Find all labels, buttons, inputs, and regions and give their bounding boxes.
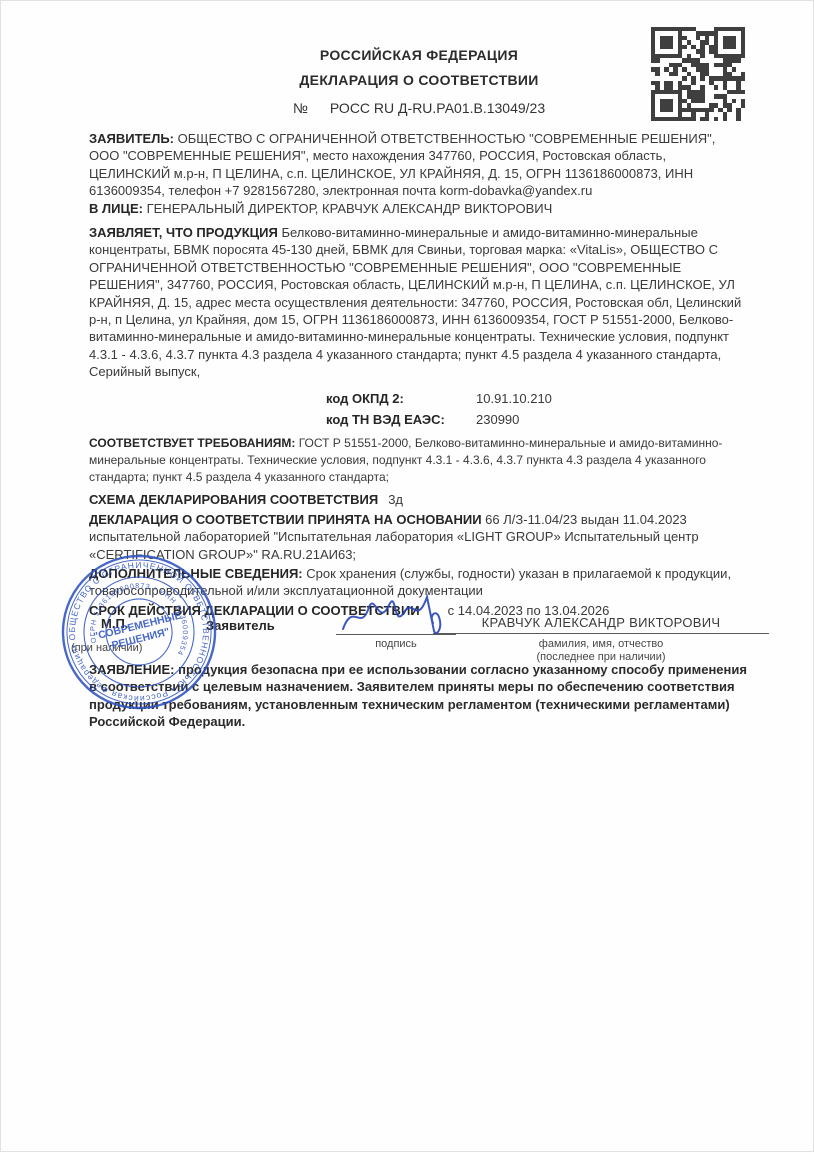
basis-label: ДЕКЛАРАЦИЯ О СООТВЕТСТВИИ ПРИНЯТА НА ОСН…: [89, 512, 482, 527]
doc-title: ДЕКЛАРАЦИЯ О СООТВЕТСТВИИ: [89, 72, 749, 88]
declares-paragraph: ЗАЯВЛЯЕТ, ЧТО ПРОДУКЦИЯ Белково-витаминн…: [89, 224, 749, 381]
tnved-value: 230990: [476, 409, 519, 430]
number-sign: №: [293, 100, 308, 116]
declaration-number-line: № РОСС RU Д-RU.РА01.В.13049/23: [89, 100, 749, 116]
handwritten-signature: [337, 591, 455, 639]
in-person-paragraph: В ЛИЦЕ: ГЕНЕРАЛЬНЫЙ ДИРЕКТОР, КРАВЧУК АЛ…: [89, 200, 749, 217]
applicant-paragraph: ЗАЯВИТЕЛЬ: ОБЩЕСТВО С ОГРАНИЧЕННОЙ ОТВЕТ…: [89, 130, 749, 200]
name-line: [433, 633, 769, 634]
applicant-label: ЗАЯВИТЕЛЬ:: [89, 131, 174, 146]
complies-paragraph: СООТВЕТСТВУЕТ ТРЕБОВАНИЯМ: ГОСТ Р 51551-…: [89, 435, 749, 487]
okpd-row: код ОКПД 2: 10.91.10.210: [89, 388, 749, 409]
applicant-text: ОБЩЕСТВО С ОГРАНИЧЕННОЙ ОТВЕТСТВЕННОСТЬЮ…: [89, 131, 715, 198]
declaration-number: РОСС RU Д-RU.РА01.В.13049/23: [330, 100, 545, 116]
scheme-value: 3д: [388, 492, 403, 507]
codes-block: код ОКПД 2: 10.91.10.210 код ТН ВЭД ЕАЭС…: [89, 388, 749, 430]
tnved-label: код ТН ВЭД ЕАЭС:: [326, 409, 476, 430]
declares-text: Белково-витаминно-минеральные и амидо-ви…: [89, 225, 741, 379]
scheme-label: СХЕМА ДЕКЛАРИРОВАНИЯ СООТВЕТСТВИЯ: [89, 492, 378, 507]
country-title: РОССИЙСКАЯ ФЕДЕРАЦИЯ: [89, 47, 749, 63]
qr-code: [651, 27, 745, 121]
okpd-label: код ОКПД 2:: [326, 388, 476, 409]
scheme-paragraph: СХЕМА ДЕКЛАРИРОВАНИЯ СООТВЕТСТВИЯ3д: [89, 491, 749, 508]
signatory-name: КРАВЧУК АЛЕКСАНДР ВИКТОРОВИЧ: [433, 615, 769, 630]
declares-label: ЗАЯВЛЯЕТ, ЧТО ПРОДУКЦИЯ: [89, 225, 278, 240]
in-person-label: В ЛИЦЕ:: [89, 201, 143, 216]
okpd-value: 10.91.10.210: [476, 388, 552, 409]
document-body: РОССИЙСКАЯ ФЕДЕРАЦИЯ ДЕКЛАРАЦИЯ О СООТВЕ…: [89, 1, 749, 619]
in-person-text: ГЕНЕРАЛЬНЫЙ ДИРЕКТОР, КРАВЧУК АЛЕКСАНДР …: [147, 201, 553, 216]
name-caption-1: фамилия, имя, отчество: [433, 638, 769, 650]
complies-label: СООТВЕТСТВУЕТ ТРЕБОВАНИЯМ:: [89, 436, 295, 450]
tnved-row: код ТН ВЭД ЕАЭС: 230990: [89, 409, 749, 430]
declaration-document: РОССИЙСКАЯ ФЕДЕРАЦИЯ ДЕКЛАРАЦИЯ О СООТВЕ…: [0, 0, 814, 1152]
